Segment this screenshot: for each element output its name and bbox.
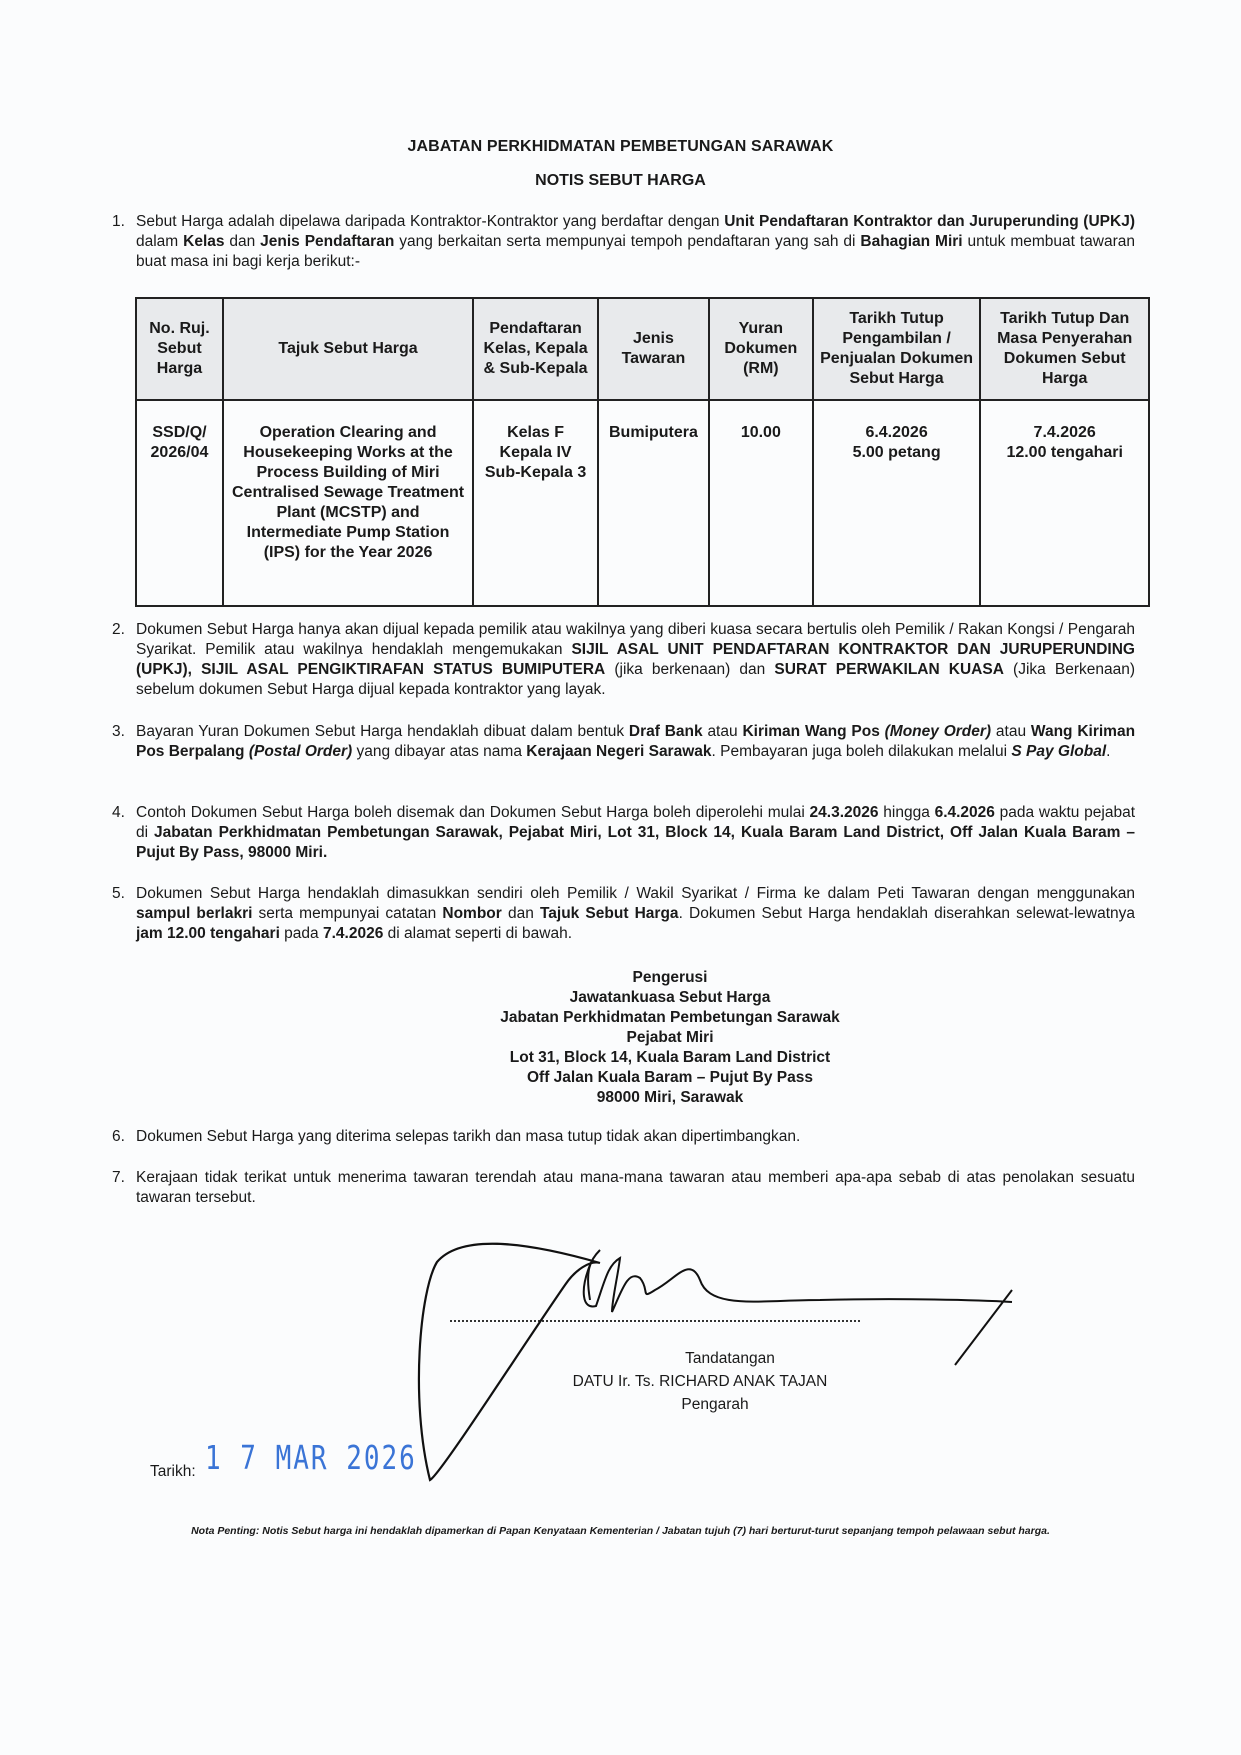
paragraph-text: Kerajaan tidak terikat untuk menerima ta…	[136, 1169, 1135, 1206]
paragraph-text: Draf Bank	[629, 723, 703, 740]
paragraph-text: S Pay Global	[1011, 743, 1106, 760]
paragraph-text: yang berkaitan serta mempunyai tempoh pe…	[394, 233, 860, 250]
paragraph-7: 7.Kerajaan tidak terikat untuk menerima …	[136, 1168, 1135, 1208]
paragraph-number: 5.	[112, 884, 125, 904]
paragraph-number: 6.	[112, 1127, 125, 1147]
paragraph-3: 3.Bayaran Yuran Dokumen Sebut Harga hend…	[136, 722, 1135, 762]
date-stamp: 1 7 MAR 2026	[205, 1440, 417, 1478]
paragraph-text: . Dokumen Sebut Harga hendaklah diserahk…	[679, 905, 1135, 922]
signature-block: Tandatangan DATU Ir. Ts. RICHARD ANAK TA…	[420, 1347, 980, 1416]
paragraph-text: atau	[703, 723, 743, 740]
paragraph-text: hingga	[879, 804, 935, 821]
paragraph-number: 2.	[112, 620, 125, 640]
table-header-row: No. Ruj. Sebut Harga Tajuk Sebut Harga P…	[136, 298, 1149, 400]
cell-submission-closing-date: 7.4.2026 12.00 tengahari	[980, 400, 1149, 606]
paragraph-text: 7.4.2026	[323, 925, 383, 942]
paragraph-text: Sebut Harga adalah dipelawa daripada Kon…	[136, 213, 724, 230]
address-line: Pejabat Miri	[420, 1028, 920, 1048]
paragraph-text: Kerajaan Negeri Sarawak	[526, 743, 711, 760]
header-document-fee: Yuran Dokumen (RM)	[709, 298, 813, 400]
date-label: Tarikh:	[150, 1463, 196, 1481]
paragraph-2: 2.Dokumen Sebut Harga hanya akan dijual …	[136, 620, 1135, 700]
paragraph-text: di alamat seperti di bawah.	[383, 925, 572, 942]
paragraph-text: yang dibayar atas nama	[352, 743, 526, 760]
signature-line	[450, 1320, 860, 1322]
paragraph-text: (Postal Order)	[245, 743, 353, 760]
paragraph-text: Kiriman Wang Pos	[742, 723, 879, 740]
footer-note: Nota Penting: Notis Sebut harga ini hend…	[0, 1525, 1241, 1537]
cell-ref-no: SSD/Q/ 2026/04	[136, 400, 223, 606]
paragraph-text: Kelas	[183, 233, 224, 250]
paragraph-text: Jabatan Perkhidmatan Pembetungan Sarawak…	[136, 824, 1135, 861]
paragraph-text: dalam	[136, 233, 183, 250]
paragraph-text: sampul berlakri	[136, 905, 252, 922]
paragraph-text: dan	[225, 233, 261, 250]
paragraph-text: Bahagian Miri	[860, 233, 962, 250]
address-line: Lot 31, Block 14, Kuala Baram Land Distr…	[420, 1048, 920, 1068]
header-ref-no: No. Ruj. Sebut Harga	[136, 298, 223, 400]
cell-document-fee: 10.00	[709, 400, 813, 606]
paragraph-text: . Pembayaran juga boleh dilakukan melalu…	[712, 743, 1012, 760]
paragraph-text: atau	[991, 723, 1031, 740]
header-registration: Pendaftaran Kelas, Kepala & Sub-Kepala	[473, 298, 598, 400]
paragraph-1: 1.Sebut Harga adalah dipelawa daripada K…	[136, 212, 1135, 272]
paragraph-text: Nombor	[442, 905, 501, 922]
paragraph-text: Tajuk Sebut Harga	[540, 905, 679, 922]
paragraph-number: 4.	[112, 803, 125, 823]
paragraph-text: Contoh Dokumen Sebut Harga boleh disemak…	[136, 804, 810, 821]
address-line: Jabatan Perkhidmatan Pembetungan Sarawak	[420, 1008, 920, 1028]
paragraph-6: 6.Dokumen Sebut Harga yang diterima sele…	[136, 1127, 1135, 1147]
signatory-position: Pengarah	[420, 1393, 980, 1416]
department-heading: JABATAN PERKHIDMATAN PEMBETUNGAN SARAWAK	[0, 138, 1241, 156]
notice-title: NOTIS SEBUT HARGA	[0, 172, 1241, 190]
paragraph-5: 5.Dokumen Sebut Harga hendaklah dimasukk…	[136, 884, 1135, 944]
paragraph-text: Dokumen Sebut Harga yang diterima selepa…	[136, 1128, 800, 1145]
paragraph-4: 4.Contoh Dokumen Sebut Harga boleh disem…	[136, 803, 1135, 863]
header-submission-closing-date: Tarikh Tutup Dan Masa Penyerahan Dokumen…	[980, 298, 1149, 400]
paragraph-text: serta mempunyai catatan	[252, 905, 442, 922]
address-line: Jawatankuasa Sebut Harga	[420, 988, 920, 1008]
paragraph-text: 6.4.2026	[935, 804, 995, 821]
paragraph-text: Dokumen Sebut Harga hendaklah dimasukkan…	[136, 885, 1135, 902]
paragraph-number: 7.	[112, 1168, 125, 1188]
paragraph-text: SURAT PERWAKILAN KUASA	[774, 661, 1004, 678]
paragraph-number: 3.	[112, 722, 125, 742]
header-title: Tajuk Sebut Harga	[223, 298, 473, 400]
address-line: 98000 Miri, Sarawak	[420, 1088, 920, 1108]
paragraph-number: 1.	[112, 212, 125, 232]
submission-address: Pengerusi Jawatankuasa Sebut Harga Jabat…	[420, 968, 920, 1108]
table-row: SSD/Q/ 2026/04 Operation Clearing and Ho…	[136, 400, 1149, 606]
paragraph-text: jam 12.00 tengahari	[136, 925, 280, 942]
address-line: Off Jalan Kuala Baram – Pujut By Pass	[420, 1068, 920, 1088]
paragraph-text: (Money Order)	[880, 723, 991, 740]
cell-registration: Kelas F Kepala IV Sub-Kepala 3	[473, 400, 598, 606]
header-offer-type: Jenis Tawaran	[598, 298, 709, 400]
paragraph-text: Jenis Pendaftaran	[260, 233, 394, 250]
signature-label: Tandatangan	[420, 1347, 980, 1370]
paragraph-text: 24.3.2026	[810, 804, 879, 821]
header-sale-closing-date: Tarikh Tutup Pengambilan / Penjualan Dok…	[813, 298, 981, 400]
address-line: Pengerusi	[420, 968, 920, 988]
paragraph-text: dan	[502, 905, 540, 922]
signatory-name: DATU Ir. Ts. RICHARD ANAK TAJAN	[420, 1370, 980, 1393]
paragraph-text: Bayaran Yuran Dokumen Sebut Harga hendak…	[136, 723, 629, 740]
cell-sale-closing-date: 6.4.2026 5.00 petang	[813, 400, 981, 606]
paragraph-text: (jika berkenaan) dan	[605, 661, 774, 678]
paragraph-text: .	[1106, 743, 1110, 760]
cell-title: Operation Clearing and Housekeeping Work…	[223, 400, 473, 606]
paragraph-text: Unit Pendaftaran Kontraktor dan Juruperu…	[724, 213, 1135, 230]
quotation-table: No. Ruj. Sebut Harga Tajuk Sebut Harga P…	[135, 297, 1150, 607]
paragraph-text: pada	[280, 925, 323, 942]
cell-offer-type: Bumiputera	[598, 400, 709, 606]
